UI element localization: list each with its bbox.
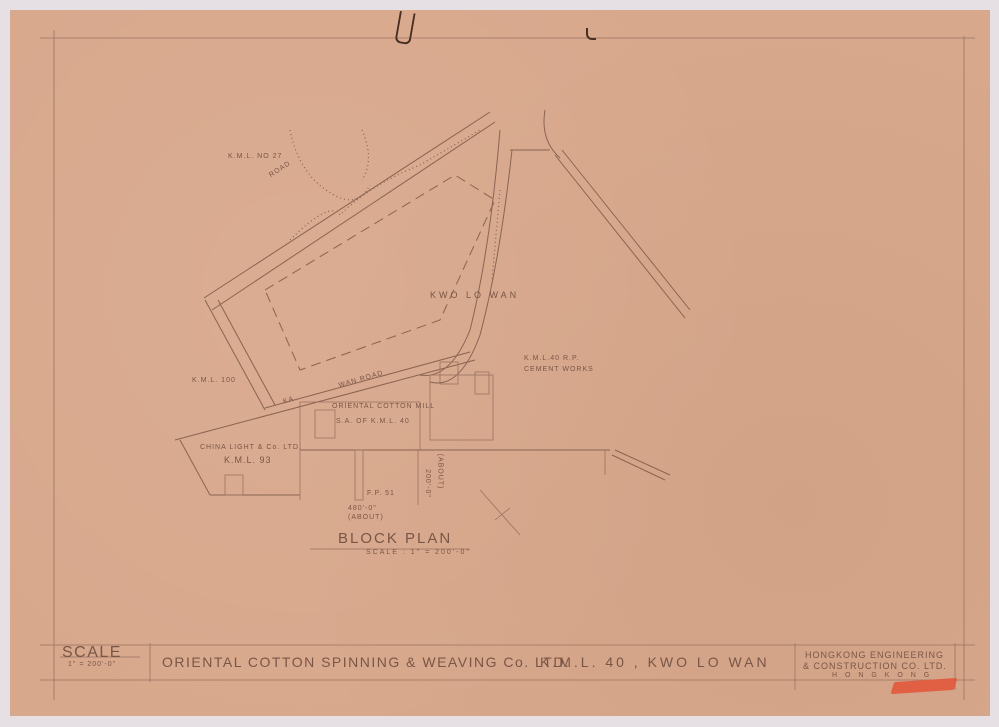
label-dim-width-about: (ABOUT) [348,514,384,521]
drawing-title: BLOCK PLAN [338,530,452,547]
label-fp: F.P. 51 [367,490,395,497]
title-block-scale-label: SCALE [62,644,122,662]
road-curved [420,110,690,383]
title-block-client: ORIENTAL COTTON SPINNING & WEAVING Co. L… [162,654,570,670]
title-block-lot: K.M.L. 40 , KWO LO WAN [540,654,770,670]
label-oriental-mill: ORIENTAL COTTON MILL [332,403,435,410]
label-dim-about: (ABOUT) [436,454,443,490]
label-kml93: K.M.L. 93 [224,455,272,465]
label-oriental-lot: S.A. OF K.M.L. 40 [336,418,410,425]
label-kml100: K.M.L. 100 [192,377,236,384]
label-china-light: CHINA LIGHT & Co. LTD. [200,444,302,451]
lot-boundary [265,175,495,370]
road-upper [204,112,495,310]
title-block-firm-line1: HONGKONG ENGINEERING [805,650,944,660]
border-lines [40,30,975,700]
label-kml27: K.M.L. NO 27 [228,153,282,160]
label-dim-200: 200'-0" [424,469,431,498]
label-dim-width: 480'-0" [348,505,377,512]
title-block-firm-line2: & CONSTRUCTION CO. LTD. [803,661,947,671]
title-block-firm-line3: H O N G K O N G [832,672,932,679]
paper-clip-mark-2 [586,28,596,40]
label-cement-works: CEMENT WORKS [524,366,594,373]
drawing-scale-note: SCALE : 1" = 200'-0" [366,549,471,556]
title-block-scale-value: 1" = 200'-0" [68,661,116,668]
block-plan-drawing [0,0,999,727]
label-kml40rp: K.M.L.40 R.P. [524,355,580,362]
label-site-name: KWO LO WAN [430,290,519,300]
